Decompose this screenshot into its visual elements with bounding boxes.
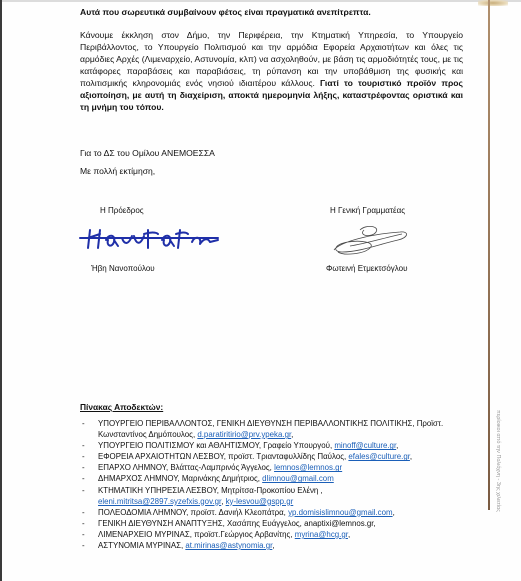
side-caption: περίοικοι από την Πολιόχνη - 3ης χιλιετί… xyxy=(495,410,501,512)
email-link[interactable]: at.mirinas@astynomia.gr xyxy=(185,541,272,550)
recipient-item: -ΠΟΛΕΟΔΟΜΙΑ ΛΗΜΝΟΥ, προϊστ. Δανιήλ Κλεοπ… xyxy=(80,507,480,518)
recipient-item: -ΓΕΝΙΚΗ ΔΙΕΥΘΥΝΣΗ ΑΝΑΠΤΥΞΗΣ, Χασάπης Ευά… xyxy=(80,518,480,529)
appeal-paragraph: Κάνουμε έκκληση στον Δήμο, την Περιφέρει… xyxy=(80,29,463,113)
recipient-item: -ΕΠΑΡΧΟ ΛΗΜΝΟΥ, Βλάττας-Λαμπρινός Άγγελο… xyxy=(80,462,480,473)
email-link[interactable]: myrina@hcg.gr xyxy=(295,530,348,539)
recipient-text: ΕΦΟΡΕΙΑ ΑΡΧΑΙΟΤΗΤΩΝ ΛΕΣΒΟΥ, προϊστ. Τρια… xyxy=(98,452,348,461)
recipients-list: -ΥΠΟΥΡΓΕΙΟ ΠΕΡΙΒΑΛΛΟΝΤΟΣ, ΓΕΝΙΚΗ ΔΙΕΥΘΥΝ… xyxy=(80,418,480,551)
president-role: Η Πρόεδρος xyxy=(100,206,144,215)
secretary-role: Η Γενική Γραμματέας xyxy=(330,206,405,215)
recipient-item: -ΚΤΗΜΑΤΙΚΗ ΥΠΗΡΕΣΙΑ ΛΕΣΒΟΥ, Μητρίτσα-Προ… xyxy=(80,485,480,507)
bullet-dash: - xyxy=(82,440,85,451)
bullet-dash: - xyxy=(82,485,85,496)
email-text: anaptixi@lemnos.gr xyxy=(304,519,373,528)
email-link-secondary[interactable]: ky-lesvou@gspp.gr xyxy=(226,497,294,506)
recipient-text: ΕΠΑΡΧΟ ΛΗΜΝΟΥ, Βλάττας-Λαμπρινός Άγγελος… xyxy=(98,463,274,472)
punctuation: , xyxy=(396,441,398,450)
bullet-dash: - xyxy=(82,473,85,484)
intro-statement: Αυτά που σωρευτικά συμβαίνουν φέτος είνα… xyxy=(80,6,463,18)
recipient-text: ΔΗΜΑΡΧΟΣ ΛΗΜΝΟΥ, Μαρινάκης Δημήτριος, xyxy=(98,474,262,483)
recipient-text: ΛΙΜΕΝΑΡΧΕΙΟ ΜΥΡΙΝΑΣ, προϊστ.Γεώργιος Αρβ… xyxy=(98,530,295,539)
decorative-figure-top xyxy=(478,0,508,6)
page-left-edge xyxy=(0,0,2,581)
recipients-title: Πίνακας Αποδεκτών: xyxy=(80,402,163,412)
email-link[interactable]: dlimnou@gmail.com xyxy=(262,474,334,483)
punctuation: , xyxy=(410,452,412,461)
recipient-item: -ΥΠΟΥΡΓΕΙΟ ΠΟΛΙΤΙΣΜΟΥ και ΑΘΛΗΤΙΣΜΟΥ, Γρ… xyxy=(80,440,480,451)
recipient-text: ΥΠΟΥΡΓΕΙΟ ΠΟΛΙΤΙΣΜΟΥ και ΑΘΛΗΤΙΣΜΟΥ, Γρα… xyxy=(98,441,334,450)
recipient-item: -ΑΣΤΥΝΟΜΙΑ ΜΥΡΙΝΑΣ, at.mirinas@astynomia… xyxy=(80,540,480,551)
email-link[interactable]: eleni.mitritsa@2897.syzefxis.gov.gr xyxy=(98,497,221,506)
recipient-text: ΓΕΝΙΚΗ ΔΙΕΥΘΥΝΣΗ ΑΝΑΠΤΥΞΗΣ, Χασάπης Ευάγ… xyxy=(98,519,304,528)
president-signature xyxy=(78,226,223,252)
email-link[interactable]: efales@culture.gr xyxy=(348,452,410,461)
punctuation: , xyxy=(393,508,395,517)
closing-regards: Με πολλή εκτίμηση, xyxy=(80,165,463,177)
recipient-item: -ΕΦΟΡΕΙΑ ΑΡΧΑΙΟΤΗΤΩΝ ΛΕΣΒΟΥ, προϊστ. Τρι… xyxy=(80,451,480,462)
recipient-text: ΚΤΗΜΑΤΙΚΗ ΥΠΗΡΕΣΙΑ ΛΕΣΒΟΥ, Μητρίτσα-Προκ… xyxy=(98,486,323,495)
email-link[interactable]: minoff@culture.gr xyxy=(334,441,396,450)
bullet-dash: - xyxy=(82,518,85,529)
decorative-vertical-line xyxy=(488,0,490,510)
secretary-signature xyxy=(330,222,410,258)
recipient-text: ΠΟΛΕΟΔΟΜΙΑ ΛΗΜΝΟΥ, προϊστ. Δανιήλ Κλεοπά… xyxy=(98,508,288,517)
recipient-item: -ΔΗΜΑΡΧΟΣ ΛΗΜΝΟΥ, Μαρινάκης Δημήτριος, d… xyxy=(80,473,480,484)
bullet-dash: - xyxy=(82,507,85,518)
punctuation: , xyxy=(374,519,376,528)
punctuation: , xyxy=(348,530,350,539)
secretary-name: Φωτεινή Ετμεκτσόγλου xyxy=(326,264,408,273)
president-name: Ήβη Νανοπούλου xyxy=(91,264,155,273)
email-link[interactable]: yp.domisislimnou@gmail.com xyxy=(288,508,392,517)
recipient-text: ΑΣΤΥΝΟΜΙΑ ΜΥΡΙΝΑΣ, xyxy=(98,541,185,550)
closing-organization: Για το ΔΣ του Ομίλου ΑΝΕΜΟΕΣΣΑ xyxy=(80,147,463,159)
recipient-item: -ΛΙΜΕΝΑΡΧΕΙΟ ΜΥΡΙΝΑΣ, προϊστ.Γεώργιος Αρ… xyxy=(80,529,480,540)
bullet-dash: - xyxy=(82,418,85,429)
email-link[interactable]: d.paratiritirio@prv.ypeka.gr xyxy=(197,430,291,439)
recipient-item: -ΥΠΟΥΡΓΕΙΟ ΠΕΡΙΒΑΛΛΟΝΤΟΣ, ΓΕΝΙΚΗ ΔΙΕΥΘΥΝ… xyxy=(80,418,480,440)
bullet-dash: - xyxy=(82,540,85,551)
punctuation: , xyxy=(272,541,274,550)
bullet-dash: - xyxy=(82,451,85,462)
punctuation: , xyxy=(291,430,293,439)
bullet-dash: - xyxy=(82,529,85,540)
bullet-dash: - xyxy=(82,462,85,473)
email-link[interactable]: lemnos@lemnos.gr xyxy=(274,463,342,472)
